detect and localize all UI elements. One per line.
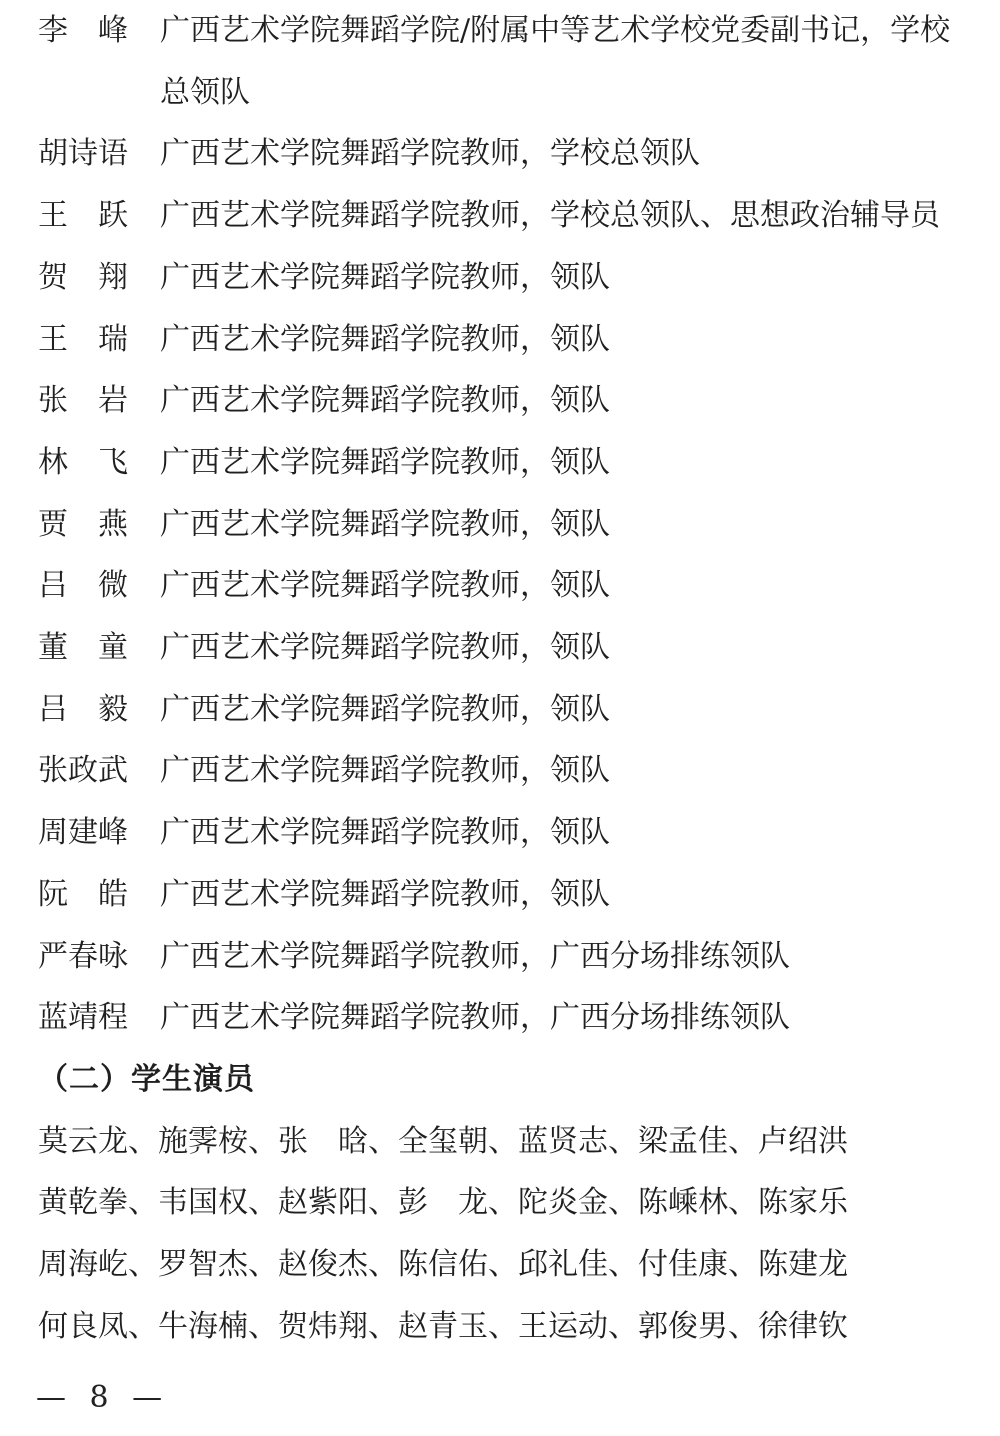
leader-row: 胡诗语 广西艺术学院舞蹈学院教师，学校总领队	[38, 123, 972, 185]
leader-role: 广西艺术学院舞蹈学院教师，广西分场排练领队	[160, 926, 790, 988]
leader-role: 广西艺术学院舞蹈学院教师，领队	[160, 679, 610, 741]
leader-row: 李 峰 广西艺术学院舞蹈学院/附属中等艺术学校党委副书记，学校总领队	[38, 0, 972, 123]
leader-role: 广西艺术学院舞蹈学院教师，领队	[160, 555, 610, 617]
leader-role: 广西艺术学院舞蹈学院教师，学校总领队、思想政治辅导员	[160, 185, 940, 247]
leader-row: 林 飞 广西艺术学院舞蹈学院教师，领队	[38, 432, 972, 494]
leader-name: 贺 翔	[38, 247, 134, 309]
leader-name: 胡诗语	[38, 123, 134, 185]
leader-role: 广西艺术学院舞蹈学院/附属中等艺术学校党委副书记，学校总领队	[160, 0, 972, 123]
leader-role: 广西艺术学院舞蹈学院教师，广西分场排练领队	[160, 987, 790, 1049]
leader-row: 蓝靖程 广西艺术学院舞蹈学院教师，广西分场排练领队	[38, 987, 972, 1049]
leader-name: 蓝靖程	[38, 987, 134, 1049]
leader-row: 吕 微 广西艺术学院舞蹈学院教师，领队	[38, 555, 972, 617]
leader-row: 张 岩 广西艺术学院舞蹈学院教师，领队	[38, 370, 972, 432]
leader-row: 董 童 广西艺术学院舞蹈学院教师，领队	[38, 617, 972, 679]
leader-name: 王 跃	[38, 185, 134, 247]
leader-row: 贾 燕 广西艺术学院舞蹈学院教师，领队	[38, 494, 972, 556]
student-row: 黄乾拳、韦国权、赵紫阳、彭 龙、陀炎金、陈嵊林、陈家乐	[38, 1172, 972, 1234]
leader-role: 广西艺术学院舞蹈学院教师，领队	[160, 864, 610, 926]
leader-row: 严春咏 广西艺术学院舞蹈学院教师，广西分场排练领队	[38, 926, 972, 988]
leader-name: 吕 毅	[38, 679, 134, 741]
leader-name: 王 瑞	[38, 309, 134, 371]
leader-name: 董 童	[38, 617, 134, 679]
leader-role: 广西艺术学院舞蹈学院教师，领队	[160, 494, 610, 556]
leader-role: 广西艺术学院舞蹈学院教师，领队	[160, 740, 610, 802]
leader-row: 王 瑞 广西艺术学院舞蹈学院教师，领队	[38, 309, 972, 371]
leader-name: 贾 燕	[38, 494, 134, 556]
page-number: — 8 —	[36, 1378, 162, 1418]
leader-row: 周建峰 广西艺术学院舞蹈学院教师，领队	[38, 802, 972, 864]
leader-name: 张 岩	[38, 370, 134, 432]
page-content: 李 峰 广西艺术学院舞蹈学院/附属中等艺术学校党委副书记，学校总领队 胡诗语 广…	[0, 0, 1000, 1357]
leader-row: 王 跃 广西艺术学院舞蹈学院教师，学校总领队、思想政治辅导员	[38, 185, 972, 247]
leader-name: 吕 微	[38, 555, 134, 617]
student-row: 何良凤、牛海楠、贺炜翔、赵青玉、王运动、郭俊男、徐律钦	[38, 1296, 972, 1358]
leader-name: 张政武	[38, 740, 134, 802]
leader-role: 广西艺术学院舞蹈学院教师，领队	[160, 309, 610, 371]
document-page: 李 峰 广西艺术学院舞蹈学院/附属中等艺术学校党委副书记，学校总领队 胡诗语 广…	[0, 0, 1000, 1436]
leader-row: 张政武 广西艺术学院舞蹈学院教师，领队	[38, 740, 972, 802]
leader-role: 广西艺术学院舞蹈学院教师，领队	[160, 617, 610, 679]
leader-name: 林 飞	[38, 432, 134, 494]
leader-role: 广西艺术学院舞蹈学院教师，领队	[160, 432, 610, 494]
leader-row: 阮 皓 广西艺术学院舞蹈学院教师，领队	[38, 864, 972, 926]
leader-role: 广西艺术学院舞蹈学院教师，学校总领队	[160, 123, 700, 185]
section-heading-student-performers: （二）学生演员	[38, 1049, 972, 1111]
leader-name: 周建峰	[38, 802, 134, 864]
student-row: 莫云龙、施霁桉、张 晗、全玺朝、蓝贤志、梁孟佳、卢绍洪	[38, 1111, 972, 1173]
leader-name: 严春咏	[38, 926, 134, 988]
leader-name: 李 峰	[38, 0, 134, 62]
leader-row: 吕 毅 广西艺术学院舞蹈学院教师，领队	[38, 679, 972, 741]
leader-roster: 李 峰 广西艺术学院舞蹈学院/附属中等艺术学校党委副书记，学校总领队 胡诗语 广…	[38, 0, 972, 1049]
leader-row: 贺 翔 广西艺术学院舞蹈学院教师，领队	[38, 247, 972, 309]
leader-name: 阮 皓	[38, 864, 134, 926]
leader-role: 广西艺术学院舞蹈学院教师，领队	[160, 802, 610, 864]
student-roster: 莫云龙、施霁桉、张 晗、全玺朝、蓝贤志、梁孟佳、卢绍洪 黄乾拳、韦国权、赵紫阳、…	[38, 1111, 972, 1358]
student-row: 周海屹、罗智杰、赵俊杰、陈信佑、邱礼佳、付佳康、陈建龙	[38, 1234, 972, 1296]
leader-role: 广西艺术学院舞蹈学院教师，领队	[160, 247, 610, 309]
leader-role: 广西艺术学院舞蹈学院教师，领队	[160, 370, 610, 432]
